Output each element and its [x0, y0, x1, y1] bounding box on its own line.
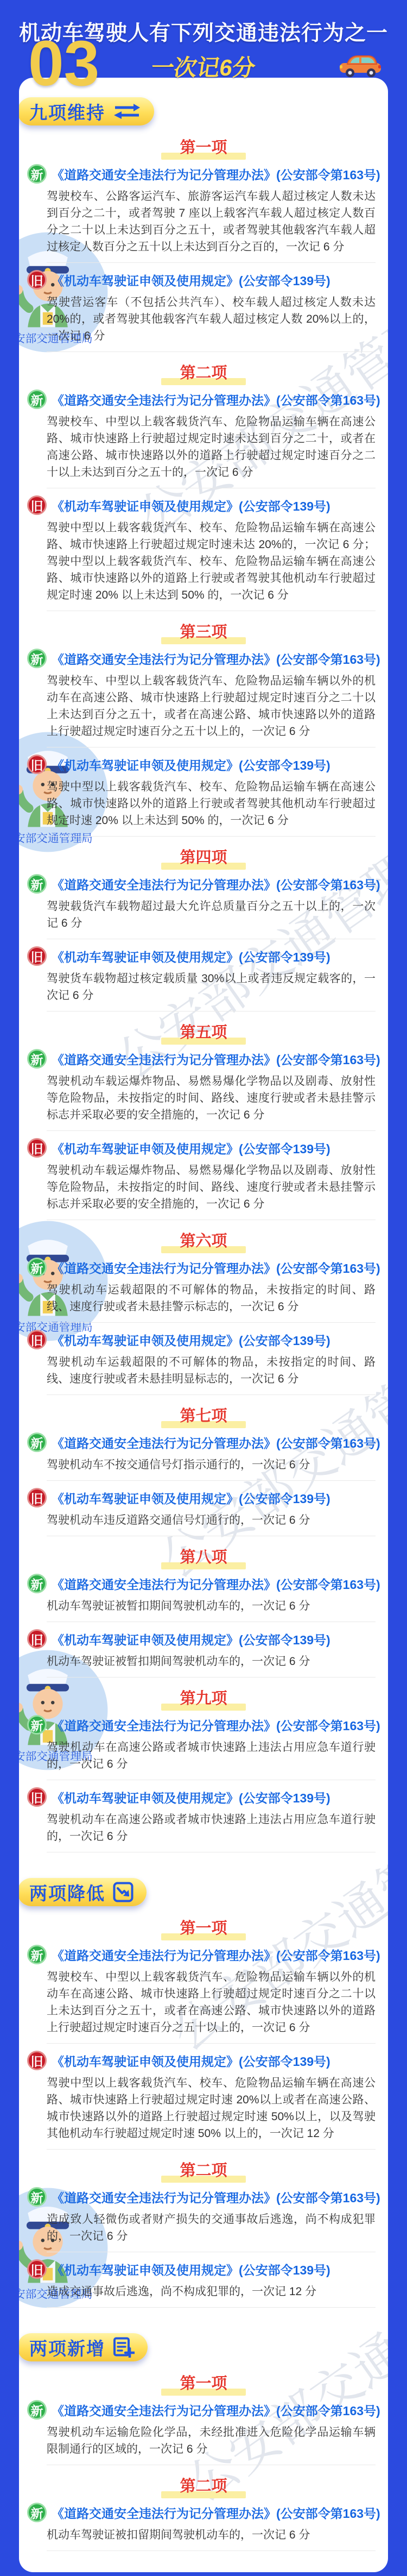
- item-title-wrap: 第三项: [27, 620, 380, 642]
- violation-item: 第二项 新 《道路交通安全违法行为记分管理办法》(公安部令第163号) 造成致人…: [27, 2158, 380, 2308]
- new-rule-entry: 新 《道路交通安全违法行为记分管理办法》(公安部令第163号) 驾驶载货汽车载物…: [27, 874, 380, 939]
- old-rule-entry: 旧 《机动车驾驶证申领及使用规定》(公安部令139号) 驾驶营运客车（不包括公共…: [27, 270, 380, 352]
- violation-item: 第一项 新 《道路交通安全违法行为记分管理办法》(公安部令第163号) 驾驶校车…: [27, 1916, 380, 2150]
- old-law-title: 《机动车驾驶证申领及使用规定》(公安部令139号): [52, 271, 330, 289]
- violation-item: 第一项 新 《道路交通安全违法行为记分管理办法》(公安部令第163号) 驾驶机动…: [27, 2371, 380, 2465]
- new-rule-entry: 新 《道路交通安全违法行为记分管理办法》(公安部令第163号) 驾驶校车、中型以…: [27, 649, 380, 747]
- new-law-row: 新 《道路交通安全违法行为记分管理办法》(公安部令第163号): [27, 874, 380, 894]
- old-badge: 旧: [27, 1629, 47, 1649]
- new-rule-text: 驾驶机动车载运爆炸物品、易燃易爆化学物品以及剧毒、放射性等危险物品，未按指定的时…: [47, 1073, 376, 1123]
- old-rule-entry: 旧 《机动车驾驶证申领及使用规定》(公安部令139号) 驾驶机动车运载超限的不可…: [27, 1330, 380, 1395]
- section-badge: 九项维持: [19, 97, 154, 125]
- new-law-title: 《道路交通安全违法行为记分管理办法》(公安部令第163号): [52, 875, 380, 893]
- new-badge: 新: [27, 649, 47, 668]
- old-badge: 旧: [27, 755, 47, 774]
- new-law-row: 新 《道路交通安全违法行为记分管理办法》(公安部令第163号): [27, 2400, 380, 2420]
- new-badge: 新: [27, 389, 47, 409]
- new-rule-text: 驾驶校车、中型以上载客载货汽车、危险物品运输车辆以外的机动车在高速公路、城市快速…: [47, 673, 376, 740]
- old-law-title: 《机动车驾驶证申领及使用规定》(公安部令139号): [52, 2052, 330, 2070]
- new-rule-entry: 新 《道路交通安全违法行为记分管理办法》(公安部令第163号) 驾驶机动车载运爆…: [27, 1049, 380, 1131]
- old-rule-entry: 旧 《机动车驾驶证申领及使用规定》(公安部令139号) 驾驶机动车载运爆炸物品、…: [27, 1138, 380, 1220]
- new-law-title: 《道路交通安全违法行为记分管理办法》(公安部令第163号): [52, 650, 380, 668]
- divider: [47, 1780, 376, 1780]
- new-badge: 新: [27, 2400, 47, 2420]
- new-rule-entry: 新 《道路交通安全违法行为记分管理办法》(公安部令第163号) 驾驶机动车运载超…: [27, 1258, 380, 1323]
- violation-item: 第四项 新 《道路交通安全违法行为记分管理办法》(公安部令第163号) 驾驶载货…: [27, 845, 380, 1011]
- new-law-title: 《道路交通安全违法行为记分管理办法》(公安部令第163号): [52, 1434, 380, 1452]
- new-rule-text: 驾驶校车、公路客运汽车、旅游客运汽车载人超过核定人数未达到百分之二十，或者驾驶 …: [47, 188, 376, 255]
- new-rule-entry: 新 《道路交通安全违法行为记分管理办法》(公安部令第163号) 驾驶校车、中型以…: [27, 1945, 380, 2044]
- divider: [47, 2149, 376, 2150]
- new-rule-text: 造成致人轻微伤或者财产损失的交通事故后逃逸，尚不构成犯罪的，一次记 6 分: [47, 2211, 376, 2245]
- old-rule-entry: 旧 《机动车驾驶证申领及使用规定》(公安部令139号) 机动车驾驶证被暂扣期间驾…: [27, 1629, 380, 1677]
- old-rule-entry: 旧 《机动车驾驶证申领及使用规定》(公安部令139号) 造成交通事故后逃逸，尚不…: [27, 2259, 380, 2308]
- new-law-row: 新 《道路交通安全违法行为记分管理办法》(公安部令第163号): [27, 1715, 380, 1735]
- new-rule-entry: 新 《道路交通安全违法行为记分管理办法》(公安部令第163号) 机动车驾驶证被暂…: [27, 1574, 380, 1622]
- old-law-title: 《机动车驾驶证申领及使用规定》(公安部令139号): [52, 1630, 330, 1648]
- item-title-wrap: 第六项: [27, 1229, 380, 1251]
- item-title: 第六项: [177, 1229, 229, 1251]
- swap-arrows-icon: [113, 103, 141, 120]
- new-badge: 新: [27, 164, 47, 184]
- old-rule-entry: 旧 《机动车驾驶证申领及使用规定》(公安部令139号) 驾驶中型以上载客载货汽车…: [27, 495, 380, 611]
- new-rule-text: 驾驶校车、中型以上载客载货汽车、危险物品运输车辆在高速公路、城市快速路上行驶超过…: [47, 413, 376, 481]
- old-badge: 旧: [27, 946, 47, 966]
- old-rule-text: 驾驶中型以上载客载货汽车、校车、危险物品运输车辆在高速公路、城市快速路上行驶超过…: [47, 2075, 376, 2142]
- item-title-wrap: 第二项: [27, 2158, 380, 2181]
- old-badge: 旧: [27, 1787, 47, 1807]
- new-law-row: 新 《道路交通安全违法行为记分管理办法》(公安部令第163号): [27, 389, 380, 409]
- new-law-title: 《道路交通安全违法行为记分管理办法》(公安部令第163号): [52, 2504, 380, 2522]
- new-law-row: 新 《道路交通安全违法行为记分管理办法》(公安部令第163号): [27, 1049, 380, 1069]
- section-badge: 两项新增: [19, 2333, 148, 2361]
- item-title-wrap: 第八项: [27, 1545, 380, 1567]
- doc-plus-icon: [113, 2337, 135, 2358]
- new-rule-text: 驾驶机动车在高速公路或者城市快速路上违法占用应急车道行驶的，一次记 6 分: [47, 1739, 376, 1773]
- new-law-row: 新 《道路交通安全违法行为记分管理办法》(公安部令第163号): [27, 1432, 380, 1452]
- new-law-title: 《道路交通安全违法行为记分管理办法》(公安部令第163号): [52, 1575, 380, 1593]
- item-title: 第二项: [177, 361, 229, 383]
- section-badge: 两项降低: [19, 1878, 147, 1906]
- item-title-wrap: 第九项: [27, 1686, 380, 1708]
- new-law-title: 《道路交通安全违法行为记分管理办法》(公安部令第163号): [52, 1259, 380, 1277]
- divider: [47, 1480, 376, 1481]
- divider: [47, 836, 376, 837]
- divider: [47, 939, 376, 939]
- item-title: 第七项: [177, 1404, 229, 1426]
- new-rule-text: 驾驶机动车运输危险化学品，未经批准进入危险化学品运输车辆限制通行的区域的，一次记…: [47, 2424, 376, 2458]
- new-badge: 新: [27, 1574, 47, 1593]
- old-law-row: 旧 《机动车驾驶证申领及使用规定》(公安部令139号): [27, 1330, 380, 1349]
- old-rule-text: 驾驶中型以上载客载货汽车、校车、危险物品运输车辆在高速公路、城市快速路以外的道路…: [47, 778, 376, 829]
- new-law-row: 新 《道路交通安全违法行为记分管理办法》(公安部令第163号): [27, 164, 380, 184]
- new-badge: 新: [27, 874, 47, 894]
- divider: [47, 611, 376, 611]
- old-rule-text: 造成交通事故后逃逸，尚不构成犯罪的，一次记 12 分: [47, 2283, 376, 2300]
- old-rule-entry: 旧 《机动车驾驶证申领及使用规定》(公安部令139号) 驾驶机动车违反道路交通信…: [27, 1488, 380, 1536]
- item-title: 第一项: [177, 1916, 229, 1938]
- new-badge: 新: [27, 1049, 47, 1069]
- item-title-wrap: 第二项: [27, 2474, 380, 2496]
- divider: [47, 1677, 376, 1677]
- new-rule-text: 机动车驾驶证被暂扣期间驾驶机动车的，一次记 6 分: [47, 1598, 376, 1614]
- item-title: 第四项: [177, 845, 229, 868]
- old-badge: 旧: [27, 1330, 47, 1349]
- new-law-row: 新 《道路交通安全违法行为记分管理办法》(公安部令第163号): [27, 2187, 380, 2207]
- content-card: 公安部交通管理局 公安部交通管理局 公安部交通管理局 公安部交通管理局 公安部交…: [19, 78, 388, 2572]
- trend-down-icon: [113, 1882, 133, 1902]
- new-badge: 新: [27, 2503, 47, 2522]
- new-badge: 新: [27, 1258, 47, 1277]
- item-title-wrap: 第二项: [27, 361, 380, 383]
- old-rule-text: 驾驶机动车载运爆炸物品、易燃易爆化学物品以及剧毒、放射性等危险物品，未按指定的时…: [47, 1162, 376, 1212]
- old-badge: 旧: [27, 2259, 47, 2279]
- old-law-row: 旧 《机动车驾驶证申领及使用规定》(公安部令139号): [27, 1787, 380, 1807]
- divider: [47, 747, 376, 747]
- violation-item: 第三项 新 《道路交通安全违法行为记分管理办法》(公安部令第163号) 驾驶校车…: [27, 620, 380, 837]
- new-rule-entry: 新 《道路交通安全违法行为记分管理办法》(公安部令第163号) 驾驶校车、中型以…: [27, 389, 380, 488]
- old-rule-text: 驾驶机动车在高速公路或者城市快速路上违法占用应急车道行驶的，一次记 6 分: [47, 1811, 376, 1845]
- old-rule-entry: 旧 《机动车驾驶证申领及使用规定》(公安部令139号) 驾驶中型以上载客载货汽车…: [27, 755, 380, 837]
- new-law-title: 《道路交通安全违法行为记分管理办法》(公安部令第163号): [52, 2401, 380, 2419]
- divider: [47, 2307, 376, 2308]
- divider: [47, 2043, 376, 2044]
- item-title: 第三项: [177, 620, 229, 642]
- violation-item: 第九项 新 《道路交通安全违法行为记分管理办法》(公安部令第163号) 驾驶机动…: [27, 1686, 380, 1852]
- old-law-title: 《机动车驾驶证申领及使用规定》(公安部令139号): [52, 1788, 330, 1806]
- item-title: 第九项: [177, 1686, 229, 1708]
- old-badge: 旧: [27, 270, 47, 290]
- old-law-title: 《机动车驾驶证申领及使用规定》(公安部令139号): [52, 1331, 330, 1349]
- divider: [47, 351, 376, 352]
- divider: [47, 262, 376, 263]
- violation-item: 第六项 新 《道路交通安全违法行为记分管理办法》(公安部令第163号) 驾驶机动…: [27, 1229, 380, 1395]
- item-title: 第二项: [177, 2158, 229, 2181]
- old-rule-entry: 旧 《机动车驾驶证申领及使用规定》(公安部令139号) 驾驶中型以上载客载货汽车…: [27, 2051, 380, 2150]
- new-law-title: 《道路交通安全违法行为记分管理办法》(公安部令第163号): [52, 1050, 380, 1068]
- divider: [47, 1394, 376, 1395]
- item-title-wrap: 第四项: [27, 845, 380, 868]
- old-badge: 旧: [27, 1138, 47, 1158]
- new-law-row: 新 《道路交通安全违法行为记分管理办法》(公安部令第163号): [27, 1258, 380, 1277]
- old-law-title: 《机动车驾驶证申领及使用规定》(公安部令139号): [52, 756, 330, 774]
- item-title: 第一项: [177, 135, 229, 158]
- item-title: 第一项: [177, 2371, 229, 2393]
- new-rule-text: 机动车驾驶证被扣留期间驾驶机动车的，一次记 6 分: [47, 2527, 376, 2543]
- old-rule-entry: 旧 《机动车驾驶证申领及使用规定》(公安部令139号) 驾驶货车载物超过核定载质…: [27, 946, 380, 1011]
- divider: [47, 2550, 376, 2551]
- old-law-row: 旧 《机动车驾驶证申领及使用规定》(公安部令139号): [27, 755, 380, 774]
- violation-item: 第五项 新 《道路交通安全违法行为记分管理办法》(公安部令第163号) 驾驶机动…: [27, 1020, 380, 1220]
- item-title: 第八项: [177, 1545, 229, 1567]
- new-rule-text: 驾驶机动车不按交通信号灯指示通行的，一次记 6 分: [47, 1456, 376, 1473]
- old-law-row: 旧 《机动车驾驶证申领及使用规定》(公安部令139号): [27, 1488, 380, 1507]
- old-law-title: 《机动车驾驶证申领及使用规定》(公安部令139号): [52, 2260, 330, 2278]
- item-title-wrap: 第一项: [27, 2371, 380, 2393]
- divider: [47, 1130, 376, 1131]
- new-rule-entry: 新 《道路交通安全违法行为记分管理办法》(公安部令第163号) 驾驶机动车不按交…: [27, 1432, 380, 1481]
- old-law-title: 《机动车驾驶证申领及使用规定》(公安部令139号): [52, 497, 330, 514]
- old-law-title: 《机动车驾驶证申领及使用规定》(公安部令139号): [52, 947, 330, 965]
- old-rule-text: 驾驶中型以上载客载货汽车、校车、危险物品运输车辆在高速公路、城市快速路上行驶超过…: [47, 519, 376, 604]
- new-law-title: 《道路交通安全违法行为记分管理办法》(公安部令第163号): [52, 165, 380, 183]
- violation-item: 第二项 新 《道路交通安全违法行为记分管理办法》(公安部令第163号) 驾驶校车…: [27, 361, 380, 611]
- divider: [47, 2252, 376, 2252]
- item-title: 第二项: [177, 2474, 229, 2496]
- new-law-row: 新 《道路交通安全违法行为记分管理办法》(公安部令第163号): [27, 2503, 380, 2522]
- car-icon: [339, 53, 382, 78]
- old-rule-text: 驾驶机动车运载超限的不可解体的物品，未按指定的时间、路线、速度行驶或者未悬挂明显…: [47, 1354, 376, 1387]
- violation-item: 第二项 新 《道路交通安全违法行为记分管理办法》(公安部令第163号) 机动车驾…: [27, 2474, 380, 2551]
- page-header: 机动车驾驶人有下列交通违法行为之一 03 一次记6分: [0, 0, 407, 78]
- new-law-title: 《道路交通安全违法行为记分管理办法》(公安部令第163号): [52, 2188, 380, 2206]
- new-rule-entry: 新 《道路交通安全违法行为记分管理办法》(公安部令第163号) 机动车驾驶证被扣…: [27, 2503, 380, 2551]
- item-title-wrap: 第五项: [27, 1020, 380, 1042]
- item-title-wrap: 第七项: [27, 1404, 380, 1426]
- divider: [47, 1011, 376, 1011]
- sections-container: 九项维持 第一项 新 《道路交通安全违法行为记分管理办法》(公安部令第163号)…: [27, 97, 380, 2551]
- divider: [47, 488, 376, 488]
- old-law-row: 旧 《机动车驾驶证申领及使用规定》(公安部令139号): [27, 1138, 380, 1158]
- violation-item: 第八项 新 《道路交通安全违法行为记分管理办法》(公安部令第163号) 机动车驾…: [27, 1545, 380, 1677]
- old-law-title: 《机动车驾驶证申领及使用规定》(公安部令139号): [52, 1139, 330, 1157]
- old-rule-text: 驾驶货车载物超过核定载质量 30%以上或者违反规定载客的，一次记 6 分: [47, 970, 376, 1004]
- divider: [47, 1622, 376, 1622]
- item-title-wrap: 第一项: [27, 1916, 380, 1938]
- old-badge: 旧: [27, 1488, 47, 1507]
- old-rule-text: 驾驶营运客车（不包括公共汽车）、校车载人超过核定人数未达 20%的，或者驾驶其他…: [47, 294, 376, 344]
- new-law-row: 新 《道路交通安全违法行为记分管理办法》(公安部令第163号): [27, 1945, 380, 1964]
- divider: [47, 2465, 376, 2465]
- section-badge-label: 两项新增: [29, 2335, 105, 2360]
- new-law-title: 《道路交通安全违法行为记分管理办法》(公安部令第163号): [52, 1716, 380, 1734]
- section-badge-label: 两项降低: [29, 1880, 105, 1905]
- new-rule-entry: 新 《道路交通安全违法行为记分管理办法》(公安部令第163号) 驾驶机动车运输危…: [27, 2400, 380, 2465]
- new-law-title: 《道路交通安全违法行为记分管理办法》(公安部令第163号): [52, 1946, 380, 1964]
- divider: [47, 1852, 376, 1852]
- divider: [47, 1322, 376, 1323]
- old-law-row: 旧 《机动车驾驶证申领及使用规定》(公安部令139号): [27, 2051, 380, 2070]
- old-rule-text: 驾驶机动车违反道路交通信号灯通行的，一次记 6 分: [47, 1512, 376, 1529]
- new-badge: 新: [27, 1715, 47, 1735]
- old-badge: 旧: [27, 495, 47, 515]
- new-rule-text: 驾驶载货汽车载物超过最大允许总质量百分之五十以上的，一次记 6 分: [47, 898, 376, 932]
- new-badge: 新: [27, 1432, 47, 1452]
- section-badge-label: 九项维持: [29, 99, 105, 124]
- old-rule-text: 机动车驾驶证被暂扣期间驾驶机动车的，一次记 6 分: [47, 1653, 376, 1670]
- old-badge: 旧: [27, 2051, 47, 2070]
- infographic-page: { "header": { "title": "机动车驾驶人有下列交通违法行为之…: [0, 0, 407, 2576]
- violation-item: 第一项 新 《道路交通安全违法行为记分管理办法》(公安部令第163号) 驾驶校车…: [27, 135, 380, 352]
- old-law-title: 《机动车驾驶证申领及使用规定》(公安部令139号): [52, 1489, 330, 1507]
- new-rule-text: 驾驶机动车运载超限的不可解体的物品，未按指定的时间、路线、速度行驶或者未悬挂警示…: [47, 1281, 376, 1315]
- new-law-title: 《道路交通安全违法行为记分管理办法》(公安部令第163号): [52, 391, 380, 409]
- old-law-row: 旧 《机动车驾驶证申领及使用规定》(公安部令139号): [27, 2259, 380, 2279]
- new-rule-entry: 新 《道路交通安全违法行为记分管理办法》(公安部令第163号) 驾驶机动车在高速…: [27, 1715, 380, 1780]
- new-rule-entry: 新 《道路交通安全违法行为记分管理办法》(公安部令第163号) 驾驶校车、公路客…: [27, 164, 380, 263]
- new-law-row: 新 《道路交通安全违法行为记分管理办法》(公安部令第163号): [27, 649, 380, 668]
- new-rule-entry: 新 《道路交通安全违法行为记分管理办法》(公安部令第163号) 造成致人轻微伤或…: [27, 2187, 380, 2252]
- page-number: 03: [28, 32, 99, 96]
- old-law-row: 旧 《机动车驾驶证申领及使用规定》(公安部令139号): [27, 946, 380, 966]
- new-rule-text: 驾驶校车、中型以上载客载货汽车、危险物品运输车辆以外的机动车在高速公路、城市快速…: [47, 1969, 376, 2036]
- divider: [47, 1220, 376, 1220]
- old-law-row: 旧 《机动车驾驶证申领及使用规定》(公安部令139号): [27, 1629, 380, 1649]
- item-title-wrap: 第一项: [27, 135, 380, 158]
- new-badge: 新: [27, 2187, 47, 2207]
- new-badge: 新: [27, 1945, 47, 1964]
- new-law-row: 新 《道路交通安全违法行为记分管理办法》(公安部令第163号): [27, 1574, 380, 1593]
- divider: [47, 1536, 376, 1536]
- old-law-row: 旧 《机动车驾驶证申领及使用规定》(公安部令139号): [27, 495, 380, 515]
- old-rule-entry: 旧 《机动车驾驶证申领及使用规定》(公安部令139号) 驾驶机动车在高速公路或者…: [27, 1787, 380, 1852]
- violation-item: 第七项 新 《道路交通安全违法行为记分管理办法》(公安部令第163号) 驾驶机动…: [27, 1404, 380, 1536]
- item-title: 第五项: [177, 1020, 229, 1042]
- old-law-row: 旧 《机动车驾驶证申领及使用规定》(公安部令139号): [27, 270, 380, 290]
